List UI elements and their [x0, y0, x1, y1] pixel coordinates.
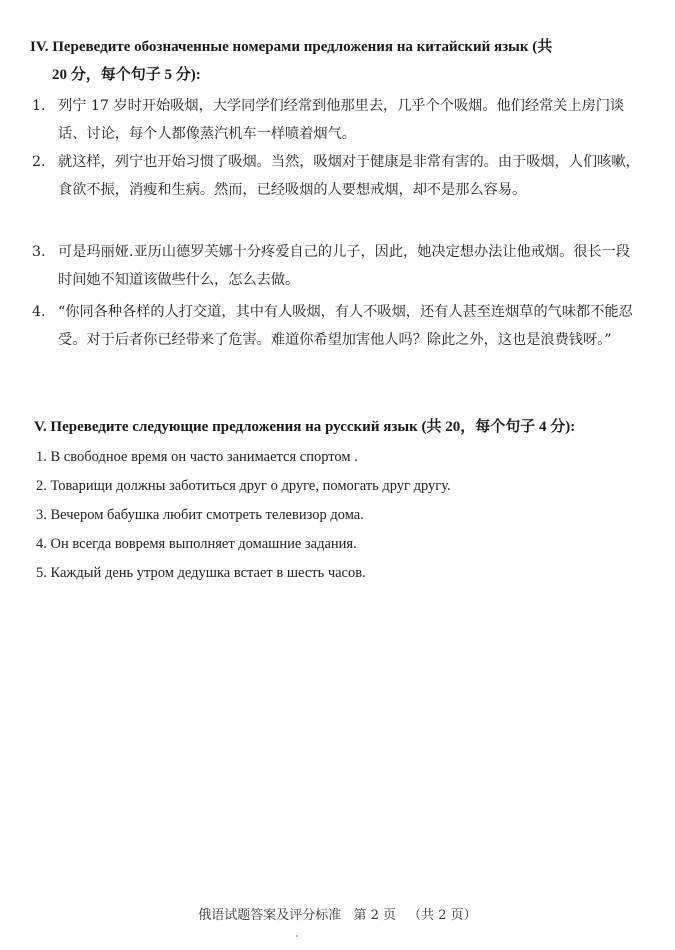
footer-page-number: 第 2 页 [353, 908, 396, 923]
section-v-item-1: 1. В свободное время он часто занимается… [36, 447, 636, 467]
item-text: 列宁 17 岁时开始吸烟，大学同学们经常到他那里去，几乎个个吸烟。他们经常关上房… [32, 92, 642, 148]
item-number: 4. [32, 298, 56, 326]
document-page: IV. Переведите обозначенные номерами пре… [0, 0, 675, 950]
footer-page-total: （共 2 页） [408, 908, 477, 923]
section-v-item-4: 4. Он всегда вовремя выполняет домашние … [36, 534, 636, 554]
scan-speck [296, 935, 298, 937]
section-iv-heading-line2: 20 分，每个句子 5 分): [30, 61, 650, 89]
item-text: 就这样，列宁也开始习惯了吸烟。当然，吸烟对于健康是非常有害的。由于吸烟，人们咳嗽… [32, 148, 642, 204]
item-number: 3. [32, 238, 56, 266]
section-iv-item-2: 2. 就这样，列宁也开始习惯了吸烟。当然，吸烟对于健康是非常有害的。由于吸烟，人… [32, 148, 642, 204]
section-iv-heading: IV. Переведите обозначенные номерами пре… [30, 33, 650, 89]
section-iv-item-4: 4. “你同各种各样的人打交道，其中有人吸烟，有人不吸烟，还有人甚至连烟草的气味… [32, 298, 642, 354]
item-number: 1. [32, 92, 56, 120]
item-number: 2. [32, 148, 56, 176]
section-v-item-3: 3. Вечером бабушка любит смотреть телеви… [36, 505, 636, 525]
section-iv-heading-line1: IV. Переведите обозначенные номерами пре… [30, 39, 552, 55]
section-v-item-2: 2. Товарищи должны заботиться друг о дру… [36, 476, 636, 496]
section-v-item-5: 5. Каждый день утром дедушка встает в ше… [36, 563, 636, 583]
footer-title: 俄语试题答案及评分标准 [198, 908, 341, 923]
section-iv-item-1: 1. 列宁 17 岁时开始吸烟，大学同学们经常到他那里去，几乎个个吸烟。他们经常… [32, 92, 642, 148]
page-footer: 俄语试题答案及评分标准 第 2 页 （共 2 页） [0, 904, 675, 923]
section-v-heading: V. Переведите следующие предложения на р… [34, 413, 654, 441]
item-text: “你同各种各样的人打交道，其中有人吸烟，有人不吸烟，还有人甚至连烟草的气味都不能… [32, 298, 642, 354]
section-iv-item-3: 3. 可是玛丽娅.亚历山德罗芙娜十分疼爱自己的儿子，因此，她决定想办法让他戒烟。… [32, 238, 642, 294]
item-text: 可是玛丽娅.亚历山德罗芙娜十分疼爱自己的儿子，因此，她决定想办法让他戒烟。很长一… [32, 238, 642, 294]
